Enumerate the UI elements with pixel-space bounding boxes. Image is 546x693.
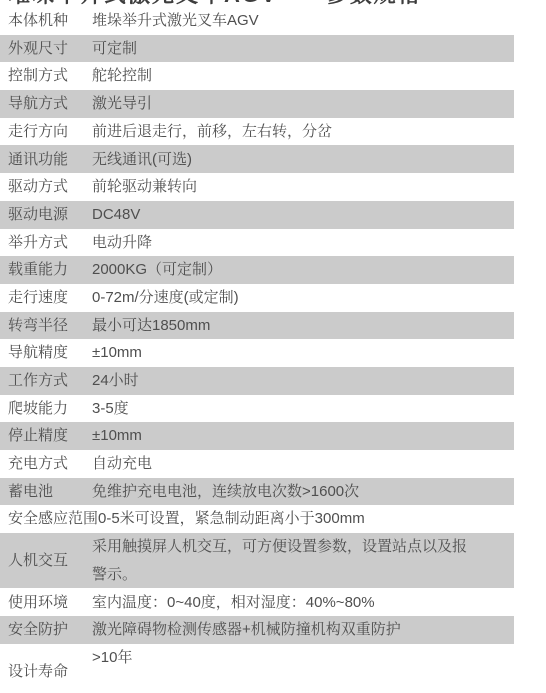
- spec-row: 走行方向 前进后退走行，前移，左右转，分岔: [0, 118, 514, 146]
- spec-value: 激光导引: [92, 94, 514, 114]
- spec-value: 激光障碍物检测传感器+机械防撞机构双重防护: [92, 620, 514, 640]
- spec-label: 停止精度: [0, 426, 92, 446]
- spec-label: 走行速度: [0, 288, 92, 308]
- spec-row: 本体机种 堆垛举升式激光叉车AGV: [0, 7, 514, 35]
- spec-value: 舵轮控制: [92, 66, 514, 86]
- spec-label: 走行方向: [0, 122, 92, 142]
- spec-value: 3-5度: [92, 399, 514, 419]
- spec-table: 本体机种 堆垛举升式激光叉车AGV 外观尺寸 可定制 控制方式 舵轮控制 导航方…: [0, 7, 514, 693]
- spec-label: 举升方式: [0, 233, 92, 253]
- spec-value: 最小可达1850mm: [92, 316, 514, 336]
- spec-row: 导航方式 激光导引: [0, 90, 514, 118]
- spec-row: 人机交互 采用触摸屏人机交互，可方便设置参数，设置站点以及报警示。: [0, 533, 514, 588]
- spec-row: 导航精度 ±10mm: [0, 339, 514, 367]
- spec-row: 举升方式 电动升降: [0, 229, 514, 257]
- spec-row: 驱动电源 DC48V: [0, 201, 514, 229]
- spec-label: 驱动电源: [0, 205, 92, 225]
- spec-label: 充电方式: [0, 454, 92, 474]
- spec-value: 24小时: [92, 371, 514, 391]
- spec-label: 爬坡能力: [0, 399, 92, 419]
- spec-value: 无线通讯(可选): [92, 150, 514, 170]
- spec-label: 蓄电池: [0, 482, 92, 502]
- spec-row: 设计寿命 >10年: [0, 644, 514, 693]
- spec-label: 本体机种: [0, 11, 92, 31]
- spec-row: 充电方式 自动充电: [0, 450, 514, 478]
- page-title: 堆垛举升式激光叉车AGV——参数规格: [8, 0, 422, 7]
- spec-value: ±10mm: [92, 343, 514, 363]
- spec-value: 电动升降: [92, 233, 514, 253]
- spec-row: 通讯功能 无线通讯(可选): [0, 145, 514, 173]
- spec-label: 导航方式: [0, 94, 92, 114]
- spec-value: 前轮驱动兼转向: [92, 177, 514, 197]
- spec-row: 载重能力 2000KG（可定制）: [0, 256, 514, 284]
- page: 堆垛举升式激光叉车AGV——参数规格 本体机种 堆垛举升式激光叉车AGV 外观尺…: [0, 0, 546, 693]
- spec-label: 使用环境: [0, 593, 92, 613]
- spec-value: 可定制: [92, 39, 514, 59]
- spec-label: 工作方式: [0, 371, 92, 391]
- spec-row: 转弯半径 最小可达1850mm: [0, 312, 514, 340]
- spec-label: 外观尺寸: [0, 39, 92, 59]
- spec-value: 自动充电: [92, 454, 514, 474]
- spec-value: 室内温度：0~40度，相对湿度：40%~80%: [92, 593, 514, 613]
- spec-value: 免维护充电电池，连续放电次数>1600次: [92, 482, 514, 502]
- spec-row: 工作方式 24小时: [0, 367, 514, 395]
- spec-label: 载重能力: [0, 260, 92, 280]
- spec-value: 2000KG（可定制）: [92, 260, 514, 280]
- spec-value: 0-72m/分速度(或定制): [92, 288, 514, 308]
- spec-row: 蓄电池 免维护充电电池，连续放电次数>1600次: [0, 478, 514, 506]
- spec-row: 安全防护 激光障碍物检测传感器+机械防撞机构双重防护: [0, 616, 514, 644]
- spec-value: ±10mm: [92, 426, 514, 446]
- spec-label: 人机交互: [0, 551, 92, 571]
- spec-row: 使用环境 室内温度：0~40度，相对湿度：40%~80%: [0, 588, 514, 616]
- spec-value: 堆垛举升式激光叉车AGV: [92, 11, 514, 31]
- spec-label: 导航精度: [0, 343, 92, 363]
- spec-value: 采用触摸屏人机交互，可方便设置参数，设置站点以及报警示。: [92, 533, 480, 588]
- spec-label: 控制方式: [0, 66, 92, 86]
- spec-value: 前进后退走行，前移，左右转，分岔: [92, 122, 514, 142]
- spec-label: 驱动方式: [0, 177, 92, 197]
- spec-label: 通讯功能: [0, 150, 92, 170]
- spec-value: >10年: [92, 644, 514, 672]
- spec-label: 安全防护: [0, 620, 92, 640]
- spec-row: 外观尺寸 可定制: [0, 35, 514, 63]
- spec-label: 转弯半径: [0, 316, 92, 336]
- spec-value: 安全感应范围0-5米可设置，紧急制动距离小于300mm: [0, 509, 514, 529]
- spec-row: 爬坡能力 3-5度: [0, 395, 514, 423]
- spec-row: 驱动方式 前轮驱动兼转向: [0, 173, 514, 201]
- spec-row: 走行速度 0-72m/分速度(或定制): [0, 284, 514, 312]
- spec-row: 安全感应范围0-5米可设置，紧急制动距离小于300mm: [0, 505, 514, 533]
- spec-value: DC48V: [92, 205, 514, 225]
- spec-label: 设计寿命: [0, 662, 92, 682]
- spec-row: 停止精度 ±10mm: [0, 422, 514, 450]
- spec-row: 控制方式 舵轮控制: [0, 62, 514, 90]
